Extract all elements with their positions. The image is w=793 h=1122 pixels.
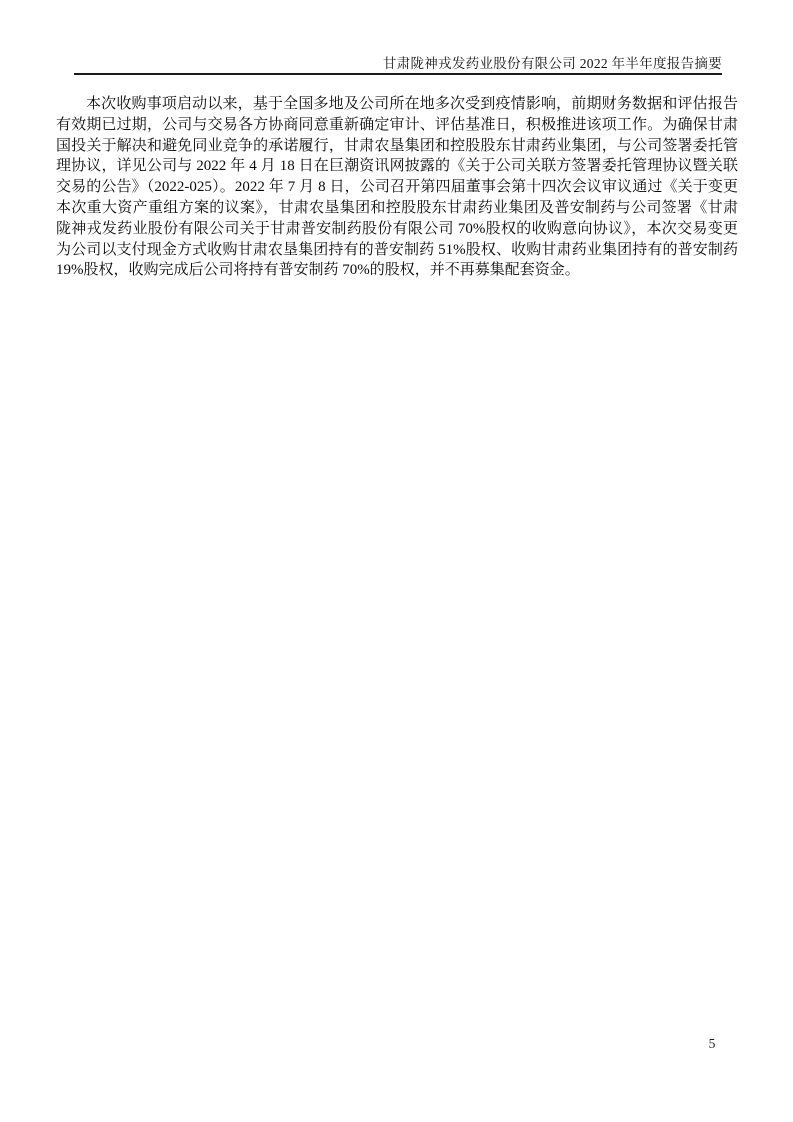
header-rule (74, 73, 722, 75)
report-page: 甘肃陇神戎发药业股份有限公司 2022 年半年度报告摘要 本次收购事项启动以来，… (0, 0, 793, 1122)
body-paragraph: 本次收购事项启动以来，基于全国多地及公司所在地多次受到疫情影响，前期财务数据和评… (56, 94, 738, 281)
page-number: 5 (700, 1036, 724, 1052)
report-body: 本次收购事项启动以来，基于全国多地及公司所在地多次受到疫情影响，前期财务数据和评… (56, 94, 738, 281)
report-header-title: 甘肃陇神戎发药业股份有限公司 2022 年半年度报告摘要 (74, 56, 722, 72)
